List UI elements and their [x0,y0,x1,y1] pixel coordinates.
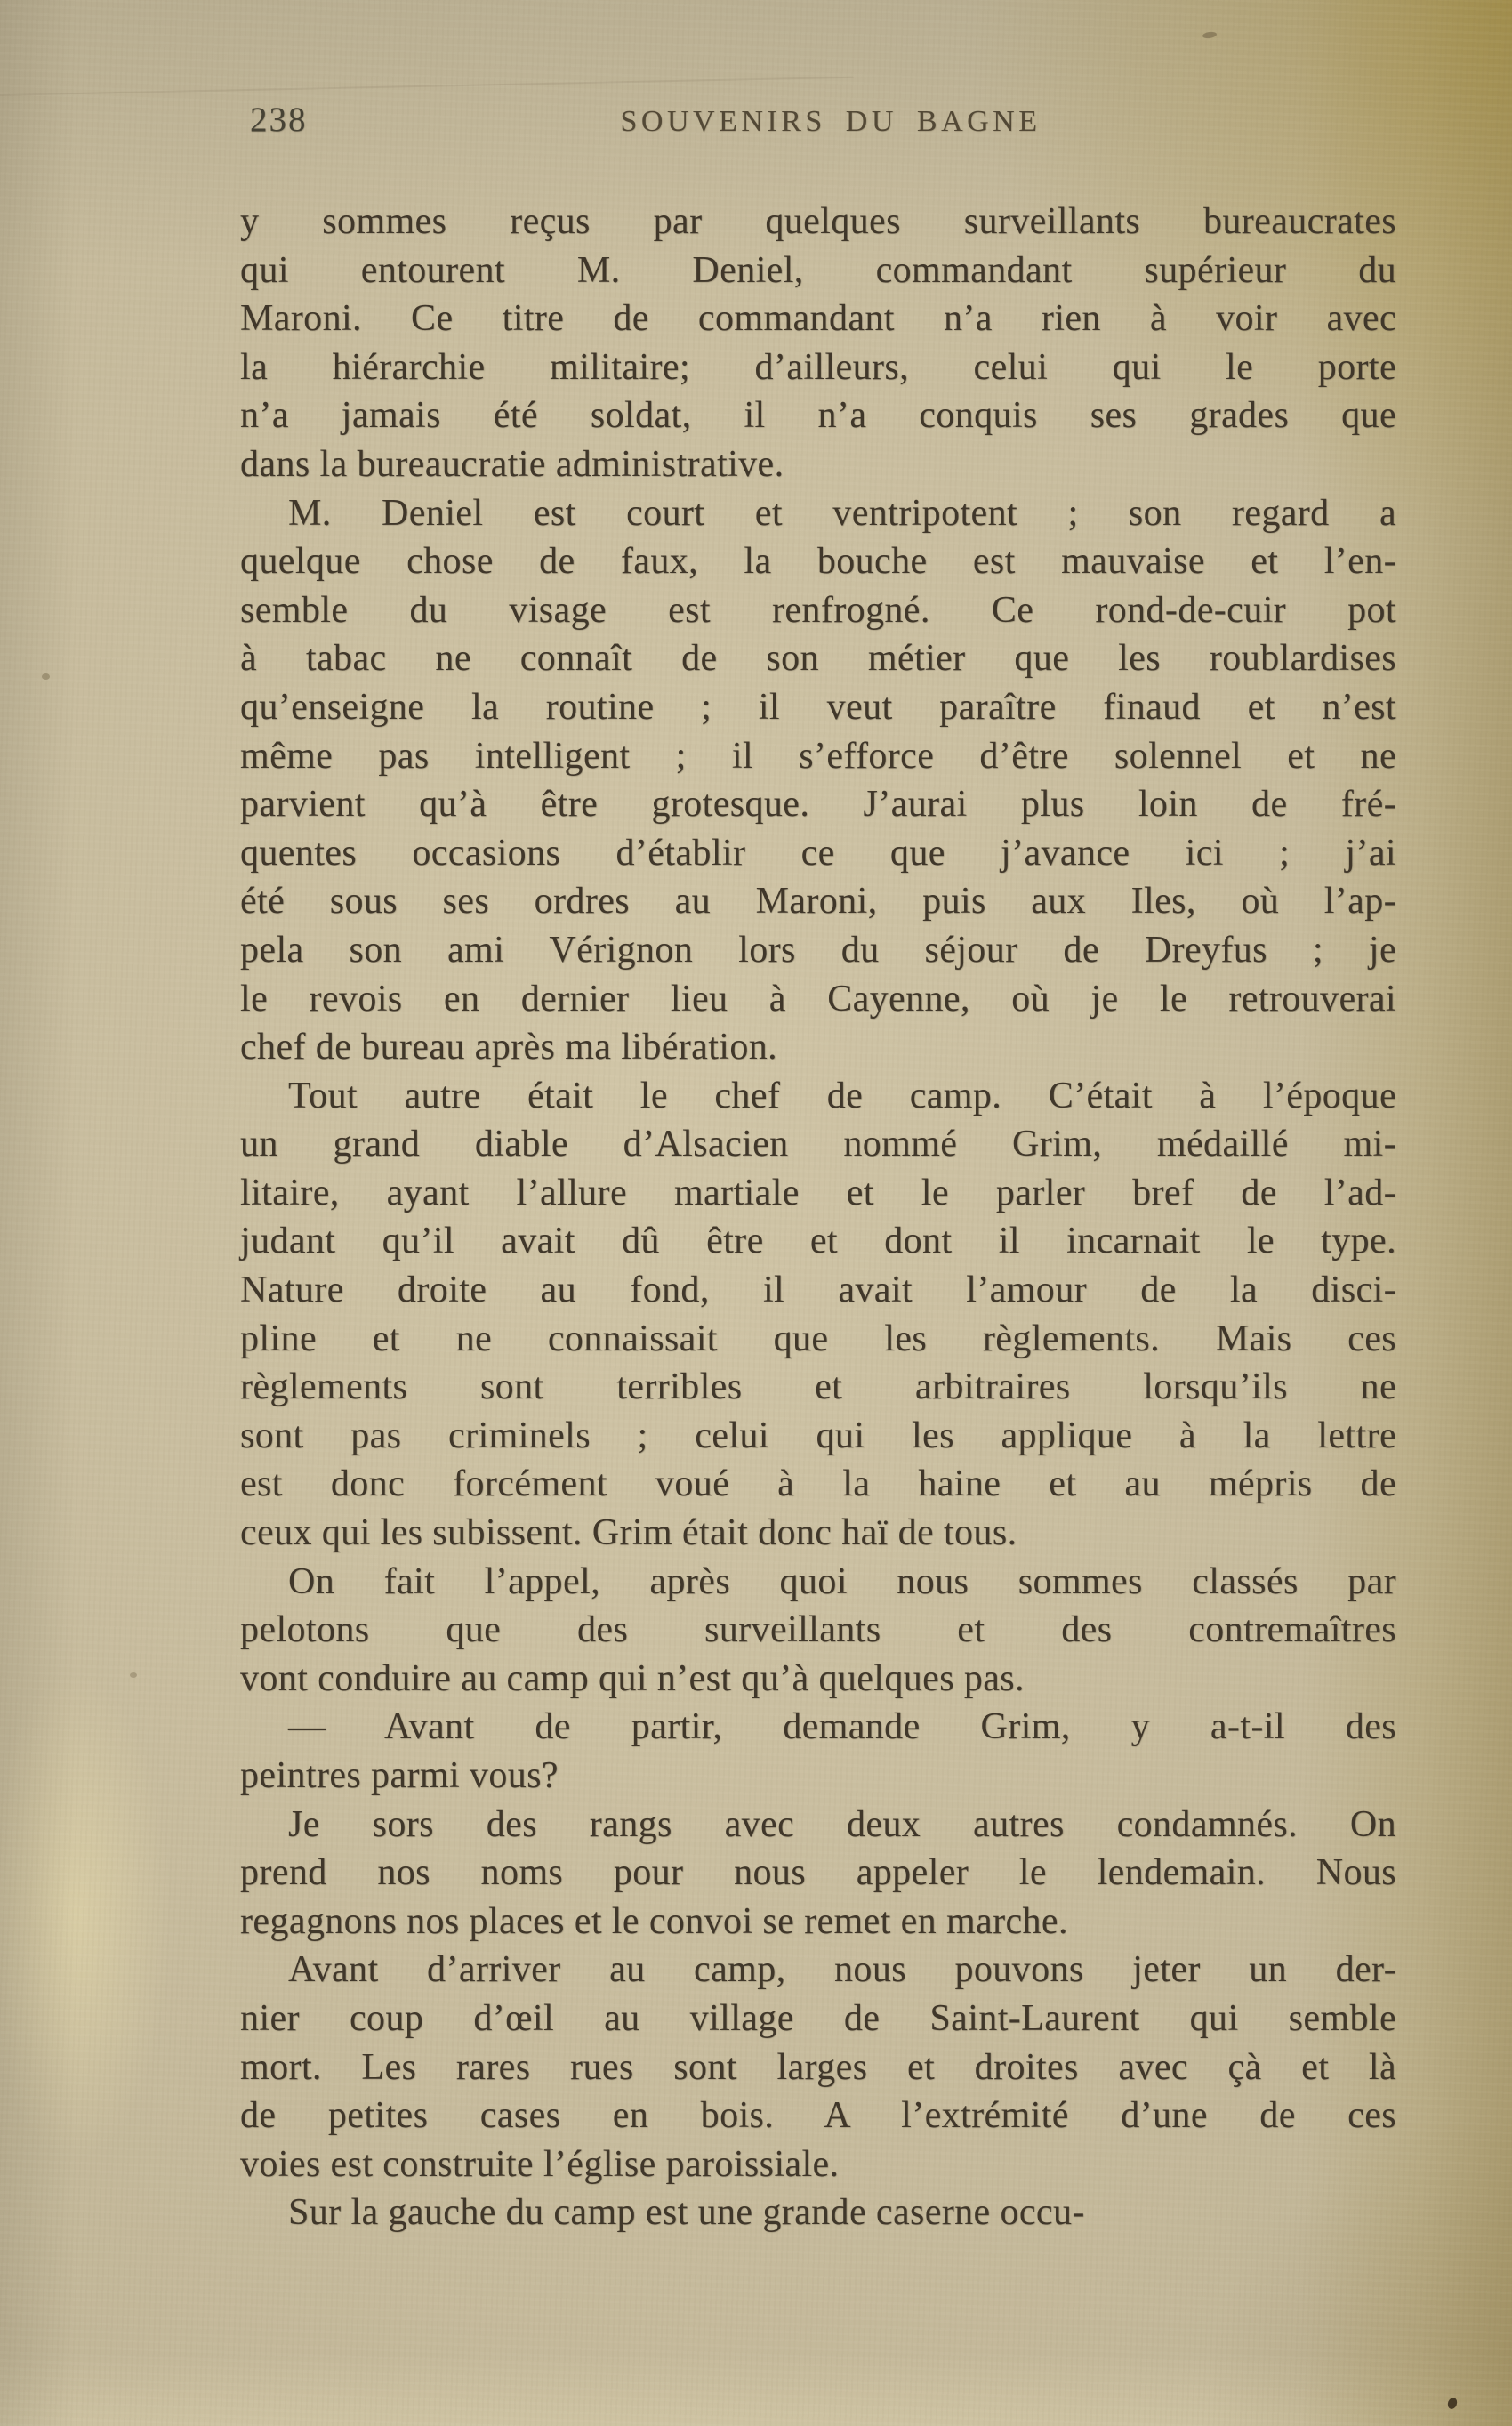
text-line: de petites cases en bois. A l’extrémité … [240,2092,1396,2140]
text-line: est donc forcément voué à la haine et au… [240,1460,1396,1509]
text-line: peintres parmi vous? [240,1752,1396,1801]
text-line: n’a jamais été soldat, il n’a conquis se… [240,391,1396,440]
text-line: sont pas criminels ; celui qui les appli… [240,1412,1396,1461]
text-line: — Avant de partir, demande Grim, y a-t-i… [240,1703,1396,1752]
paper-speck [1202,31,1218,39]
text-line: Avant d’arriver au camp, nous pouvons je… [240,1946,1396,1995]
text-line: regagnons nos places et le convoi se rem… [240,1898,1396,1946]
text-line: Je sors des rangs avec deux autres conda… [240,1801,1396,1850]
text-line: même pas intelligent ; il s’efforce d’êt… [240,732,1396,781]
text-line: voies est construite l’église paroissial… [240,2140,1396,2189]
paper-speck [130,1672,137,1678]
text-line: Tout autre était le chef de camp. C’étai… [240,1072,1396,1121]
text-line: qu’enseigne la routine ; il veut paraîtr… [240,683,1396,732]
text-line: règlements sont terribles et arbitraires… [240,1363,1396,1412]
text-line: litaire, ayant l’allure martiale et le p… [240,1169,1396,1218]
page-number: 238 [250,100,308,140]
text-line: vont conduire au camp qui n’est qu’à que… [240,1655,1396,1704]
text-line: semble du visage est renfrogné. Ce rond-… [240,586,1396,635]
text-line: chef de bureau après ma libération. [240,1023,1396,1072]
text-line: judant qu’il avait dû être et dont il in… [240,1217,1396,1266]
text-line: qui entourent M. Deniel, commandant supé… [240,246,1396,295]
text-line: quentes occasions d’établir ce que j’ava… [240,829,1396,878]
text-line: été sous ses ordres au Maroni, puis aux … [240,877,1396,926]
text-line: Maroni. Ce titre de commandant n’a rien … [240,294,1396,343]
text-line: ceux qui les subissent. Grim était donc … [240,1509,1396,1558]
text-line: pela son ami Vérignon lors du séjour de … [240,926,1396,975]
running-title: SOUVENIRS DU BAGNE [608,105,1053,139]
text-line: quelque chose de faux, la bouche est mau… [240,537,1396,586]
text-line: prend nos noms pour nous appeler le lend… [240,1849,1396,1898]
text-line: nier coup d’œil au village de Saint-Laur… [240,1995,1396,2043]
text-line: un grand diable d’Alsacien nommé Grim, m… [240,1120,1396,1169]
text-line: la hiérarchie militaire; d’ailleurs, cel… [240,343,1396,392]
text-line: M. Deniel est court et ventripotent ; so… [240,489,1396,538]
text-line: mort. Les rares rues sont larges et droi… [240,2043,1396,2092]
text-line: parvient qu’à être grotesque. J’aurai pl… [240,780,1396,829]
text-line: Sur la gauche du camp est une grande cas… [240,2188,1396,2237]
paper-crease [0,77,854,97]
book-page: 238 SOUVENIRS DU BAGNE y sommes reçus pa… [0,0,1512,2426]
text-line: y sommes reçus par quelques surveillants… [240,197,1396,246]
paper-speck [1446,2397,1459,2411]
text-line: le revois en dernier lieu à Cayenne, où … [240,975,1396,1024]
text-line: pline et ne connaissait que les règlemen… [240,1315,1396,1364]
text-line: dans la bureaucratie administrative. [240,440,1396,489]
text-line: à tabac ne connaît de son métier que les… [240,634,1396,683]
text-line: Nature droite au fond, il avait l’amour … [240,1266,1396,1315]
text-line: On fait l’appel, après quoi nous sommes … [240,1558,1396,1607]
paper-speck [42,673,50,680]
text-line: pelotons que des surveillants et des con… [240,1606,1396,1655]
page-body-text: y sommes reçus par quelques surveillants… [240,197,1396,2237]
